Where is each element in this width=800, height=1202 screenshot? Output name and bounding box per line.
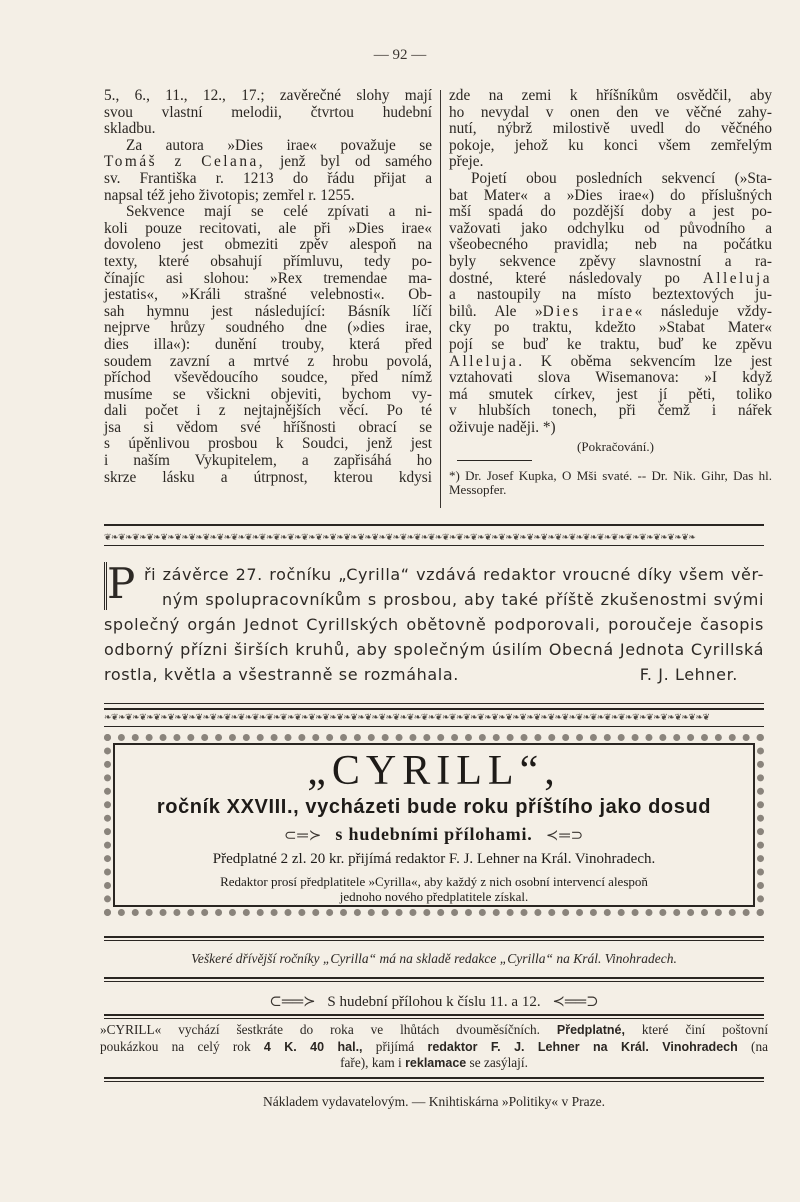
text-line: dovoleno jest obmeziti zpěv alespoň na (104, 237, 432, 254)
column-divider (440, 90, 441, 508)
text-line: Sekvence mají se celé zpívati a ni- (104, 204, 432, 221)
text-line: bat Mater« a »Dies irae«) do příslušných (449, 188, 772, 205)
section-rule (104, 524, 764, 526)
supplement-text: S hudební přílohou k číslu 11. a 12. (327, 994, 540, 1010)
ornamental-border: ❧❦❧❦❧❦❧❦❧❦❧❦❧❦❧❦❧❦❧❦❧❦❧❦❧❦❧❦❧❦❧❦❧❦❧❦❧❦❧❦… (104, 713, 764, 722)
text-line: s úpěnlivou prosbou k Soudci, jenž jest (104, 436, 432, 453)
section-rule (104, 1077, 764, 1079)
right-column-text: zde na zemi k hříšníkům osvědčil, abyho … (449, 88, 772, 436)
flourish-left-icon: ⊂══≻ (269, 994, 315, 1010)
section-rule (104, 545, 764, 546)
info-line: »CYRILL« vychází šestkráte do roka ve lh… (100, 1022, 768, 1039)
info-text: faře), kam i (340, 1055, 405, 1070)
text-line: dostné, které následovaly po Alleluja (449, 271, 772, 288)
info-bold: 4 K. 40 hal., (264, 1040, 363, 1054)
text-line: Alleluja. K oběma sekvencím lze jest (449, 354, 772, 371)
text-line: dali počet i z nejtajnějších věcí. Po té (104, 403, 432, 420)
section-rule (104, 708, 764, 710)
text-line: napsal též jeho životopis; zemřel r. 125… (104, 188, 432, 205)
section-rule (104, 726, 764, 727)
info-bold: reklamace (405, 1056, 466, 1070)
info-bold: Předplatné, (557, 1023, 625, 1037)
text-line: texty, které obsahují přímluvu, tedy po- (104, 254, 432, 271)
info-text: které činí poštovní (625, 1022, 768, 1037)
text-line: soudem zavzní a mrtvé z hrobu povolá, (104, 354, 432, 371)
ornamental-border: ❦❧❦❧❦❧❦❧❦❧❦❧❦❧❦❧❦❧❦❧❦❧❦❧❦❧❦❧❦❧❦❧❦❧❦❧❦❧❦❧… (104, 533, 764, 542)
text-line: Tomáš z Celana, jenž byl od samého (104, 154, 432, 171)
document-page: — 92 — 5., 6., 11., 12., 17.; zavěrečné … (0, 0, 800, 1202)
footnote-rule (457, 460, 532, 461)
text-line: vztahovati slova Wisemanova: »I když (449, 370, 772, 387)
ad-request: Redaktor prosí předplatitele »Cyrilla«, … (104, 874, 764, 904)
supplement-note: ⊂══≻ S hudební přílohou k číslu 11. a 12… (104, 992, 764, 1011)
text-line: byly sekvence zpěvy slavnostní a ra- (449, 254, 772, 271)
text-line: skladbu. (104, 121, 432, 138)
text-line: přeje. (449, 154, 772, 171)
text-line: nutí, nýbrž milostivě uvedl do věčného (449, 121, 772, 138)
text-line: koli pouze recitovati, ale při »Dies ira… (104, 221, 432, 238)
text-line: příchod vševědoucího soudce, před nímž (104, 370, 432, 387)
editor-note-line: ným spolupracovníkům s prosbou, aby také… (104, 587, 764, 612)
ad-title: „CYRILL“, (104, 748, 764, 794)
info-text: (na (738, 1039, 768, 1054)
info-text: poukázkou na celý rok (100, 1039, 264, 1054)
ad-supplement-text: s hudebními přílohami. (335, 824, 532, 844)
text-line: pokoje, jehož ku konci všem zemřelým (449, 138, 772, 155)
text-line: a nastoupily na místo beztextových ju- (449, 287, 772, 304)
ad-request-line: jednoho nového předplatitele získal. (104, 889, 764, 904)
text-line: všeobecného pravidla; neb na počátku (449, 237, 772, 254)
text-line: oživuje naději. *) (449, 420, 772, 437)
text-line: bilů. Ale »Dies irae« následuje vždy- (449, 304, 772, 321)
text-line: v hlubších tonech, při čemž i nářek (449, 403, 772, 420)
text-line: čínajíc asi slohou: »Rex tremendae ma- (104, 271, 432, 288)
text-line: pojí se buď ke traktu, buď ke zpěvu (449, 337, 772, 354)
ad-volume-line: ročník XXVIII., vycházeti bude roku příš… (104, 796, 764, 819)
ad-subscription-line: Předplatné 2 zl. 20 kr. přijímá redaktor… (104, 851, 764, 868)
ad-request-line: Redaktor prosí předplatitele »Cyrilla«, … (104, 874, 764, 889)
flourish-left-icon: ⊂═≻ (284, 828, 322, 844)
text-line: mší spadá do pozdější doby a jest po- (449, 204, 772, 221)
text-line: Za autora »Dies irae« považuje se (104, 138, 432, 155)
info-text: přijímá (363, 1039, 428, 1054)
text-line: dies illa«): dunění trouby, která před (104, 337, 432, 354)
continuation-note: (Pokračování.) (449, 439, 772, 456)
publication-info: »CYRILL« vychází šestkráte do roka ve lh… (100, 1022, 768, 1072)
text-line: svou vlastní melodii, čtvrtou hudební (104, 105, 432, 122)
info-bold: redaktor F. J. Lehner na Král. Vinohrade… (427, 1040, 737, 1054)
info-text: »CYRILL« vychází šestkráte do roka ve lh… (100, 1022, 540, 1037)
signature: F. J. Lehner. (640, 662, 738, 687)
info-line: faře), kam i reklamace se zasýlají. (100, 1055, 768, 1072)
text-line: jsa si vědom své hříšnosti obrací se (104, 420, 432, 437)
flourish-right-icon: ≺══⊃ (552, 994, 598, 1010)
text-line: musíme se všickni objeviti, bychom vy- (104, 387, 432, 404)
section-rule (104, 936, 764, 938)
ad-supplement-line: ⊂═≻ s hudebními přílohami. ≺═⊃ (104, 824, 764, 845)
section-rule (104, 1018, 764, 1019)
text-line: 5., 6., 11., 12., 17.; zavěrečné slohy m… (104, 88, 432, 105)
editor-note-last-line: rostla, květla a všestranně se rozmáhala… (104, 662, 764, 687)
article-left-column: 5., 6., 11., 12., 17.; zavěrečné slohy m… (104, 88, 432, 486)
section-rule (104, 703, 764, 704)
editor-note-line: společný orgán Jednot Cyrillských obětov… (104, 612, 764, 637)
text-line: zde na zemi k hříšníkům osvědčil, aby (449, 88, 772, 105)
editor-note-line: odborný přízni širších kruhů, aby společ… (104, 637, 764, 662)
imprint: Nákladem vydavatelovým. — Knihtiskárna »… (104, 1094, 764, 1110)
text-line: sah hymnu jest následující: Básník líčí (104, 304, 432, 321)
text-line: Pojetí obou posledních sekvencí (»Sta- (449, 171, 772, 188)
section-rule (104, 981, 764, 982)
text-line: nejprve hrůzy soudného dne (»dies irae, (104, 320, 432, 337)
info-line: poukázkou na celý rok 4 K. 40 hal., přij… (100, 1039, 768, 1056)
section-rule (104, 977, 764, 979)
text-line: jestatis«, »Králi strašné velebnosti«. O… (104, 287, 432, 304)
section-rule (104, 940, 764, 941)
editor-note-line: rostla, květla a všestranně se rozmáhala… (104, 665, 459, 684)
article-right-column: zde na zemi k hříšníkům osvědčil, abyho … (449, 88, 772, 497)
editor-note: P ři závěrce 27. ročníku „Cyrilla“ vzdáv… (104, 562, 764, 687)
flourish-right-icon: ≺═⊃ (546, 828, 584, 844)
footnote: *) Dr. Josef Kupka, O Mši svaté. -- Dr. … (449, 469, 772, 497)
drop-cap: P (104, 562, 143, 610)
back-issues-note: Veškeré dřívější ročníky „Cyrilla“ má na… (104, 951, 764, 967)
text-line: sv. Františka r. 1213 do řádu přijat a (104, 171, 432, 188)
text-line: má smutek církev, jest jí pěti, toliko (449, 387, 772, 404)
section-rule (104, 1014, 764, 1016)
info-text: se zasýlají. (466, 1055, 528, 1070)
text-line: važovati jako odchylku od původního a (449, 221, 772, 238)
text-line: i naším Vykupitelem, a zapřisáhá ho (104, 453, 432, 470)
article-columns: 5., 6., 11., 12., 17.; zavěrečné slohy m… (104, 88, 768, 518)
page-number: — 92 — (0, 47, 800, 64)
text-line: skrze lásku a útrpnost, kterou kdysi (104, 470, 432, 487)
text-line: ho nevydal v onen den ve věčné zahy- (449, 105, 772, 122)
editor-note-line: ři závěrce 27. ročníku „Cyrilla“ vzdává … (104, 562, 764, 587)
section-rule (104, 1081, 764, 1082)
text-line: cky po traktu, kdežto »Stabat Mater« (449, 320, 772, 337)
